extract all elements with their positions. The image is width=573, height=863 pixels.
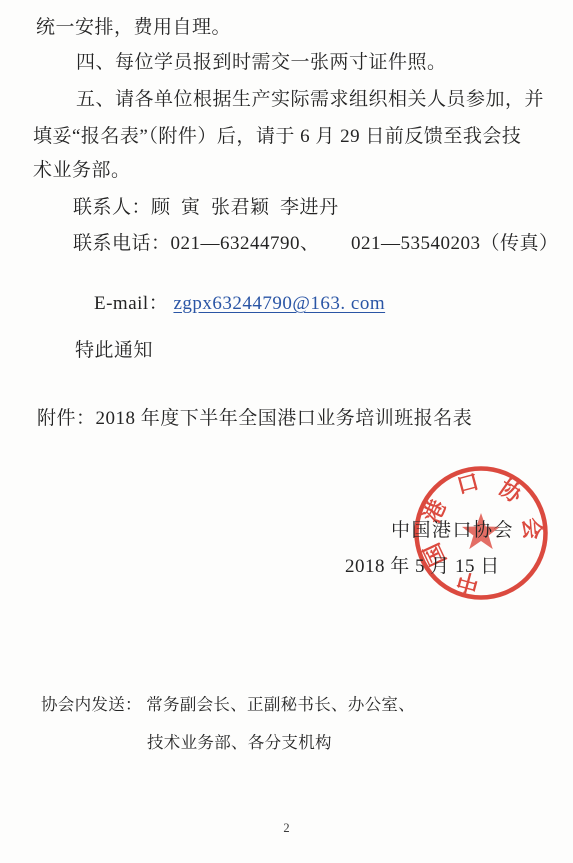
body-line: 术业务部。 xyxy=(33,159,131,182)
contact-person-line: 联系人：顾 寅 张君颖 李进丹 xyxy=(73,196,339,219)
email-link[interactable]: zgpx63244790@163. com xyxy=(173,293,385,314)
svg-text:口: 口 xyxy=(454,469,482,499)
attachment-line: 附件：2018 年度下半年全国港口业务培训班报名表 xyxy=(37,407,472,430)
body-line: 填妥“报名表”（附件）后，请于 6 月 29 日前反馈至我会技 xyxy=(33,125,521,148)
signature-date: 2018 年 5 月 15 日 xyxy=(345,555,500,578)
distribution-line: 协会内发送： 常务副会长、正副秘书长、办公室、 xyxy=(41,693,415,716)
distribution-line: 技术业务部、各分支机构 xyxy=(147,731,332,754)
document-page: 统一安排，费用自理。 四、每位学员报到时需交一张两寸证件照。 五、请各单位根据生… xyxy=(0,0,573,863)
email-line: E-mail： zgpx63244790@163. com xyxy=(73,269,385,338)
svg-text:协: 协 xyxy=(494,475,527,509)
body-line: 统一安排，费用自理。 xyxy=(36,16,231,39)
email-label: E-mail： xyxy=(94,293,173,314)
body-line-item-4: 四、每位学员报到时需交一张两寸证件照。 xyxy=(76,51,447,74)
page-number: 2 xyxy=(0,821,573,836)
notice-line: 特此通知 xyxy=(75,339,153,362)
contact-phone-line: 联系电话：021—63244790、 021—53540203（传真） xyxy=(73,232,559,255)
body-line-item-5: 五、请各单位根据生产实际需求组织相关人员参加，并 xyxy=(76,88,544,111)
svg-text:会: 会 xyxy=(518,517,545,541)
signature-org: 中国港口协会 xyxy=(391,519,514,542)
